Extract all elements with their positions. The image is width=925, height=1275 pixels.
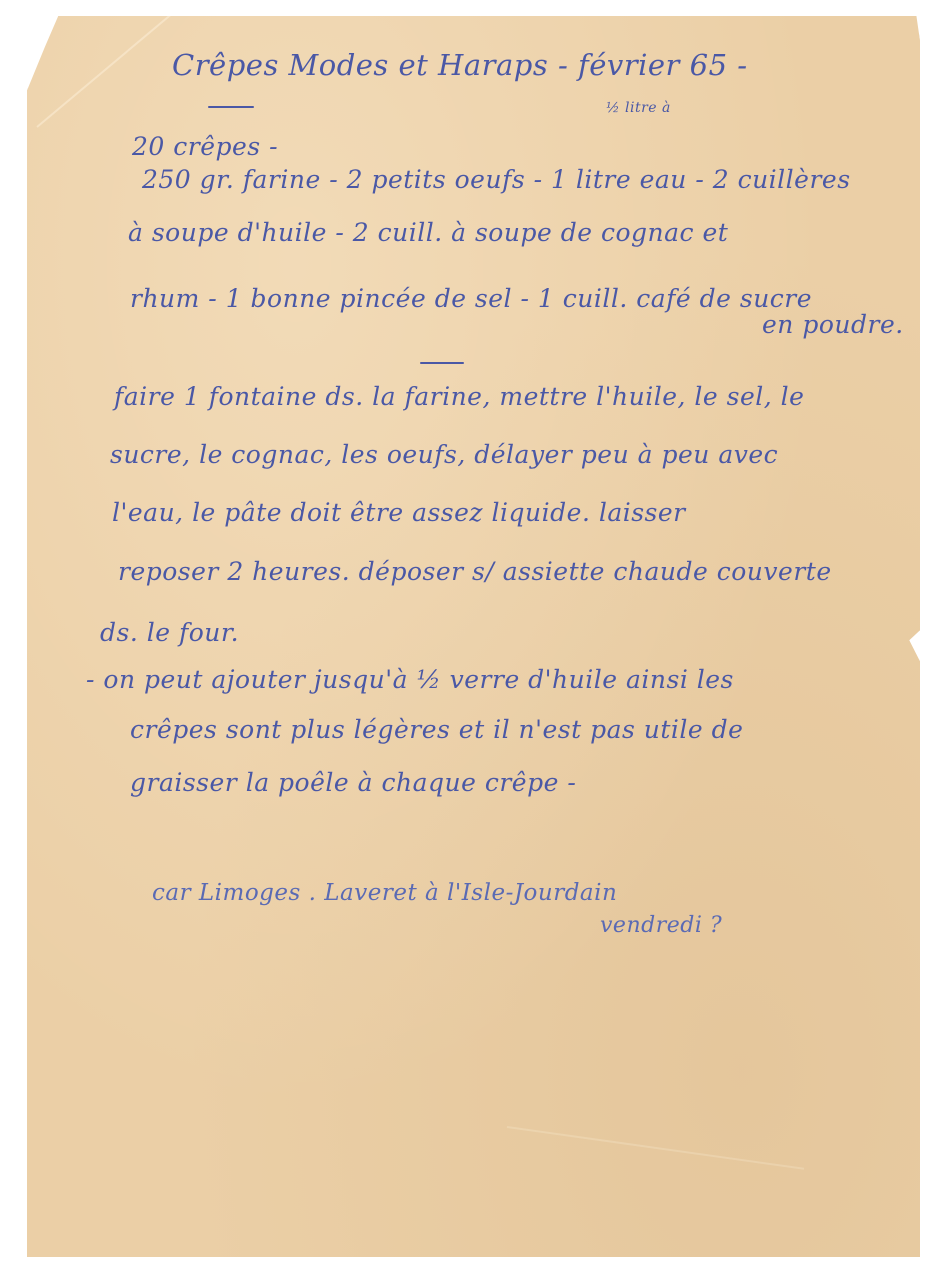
ingredients-line: à soupe d'huile - 2 cuill. à soupe de co…: [128, 218, 728, 247]
section-divider: [420, 362, 464, 364]
title-underline: [208, 106, 254, 108]
method-line: ds. le four.: [100, 618, 239, 647]
ingredients-line: rhum - 1 bonne pincée de sel - 1 cuill. …: [130, 284, 812, 313]
paper-crease: [36, 11, 175, 128]
note-line: graisser la poêle à chaque crêpe -: [130, 768, 576, 797]
recipe-title: Crêpes Modes et Haraps - février 65 -: [172, 48, 748, 82]
note-line: crêpes sont plus légères et il n'est pas…: [130, 715, 743, 744]
note-line: - on peut ajouter jusqu'à ½ verre d'huil…: [86, 665, 734, 694]
ingredients-line: en poudre.: [762, 310, 904, 339]
ingredients-line: 250 gr. farine - 2 petits oeufs - 1 litr…: [142, 165, 851, 194]
servings-heading: 20 crêpes -: [132, 132, 278, 161]
footer-note-day: vendredi ?: [600, 913, 722, 938]
quantity-annotation: ½ litre à: [606, 100, 671, 116]
footer-note: car Limoges . Laveret à l'Isle-Jourdain: [152, 880, 617, 906]
method-line: reposer 2 heures. déposer s/ assiette ch…: [118, 557, 832, 586]
method-line: faire 1 fontaine ds. la farine, mettre l…: [114, 382, 804, 411]
method-line: sucre, le cognac, les oeufs, délayer peu…: [110, 440, 778, 469]
paper-crease: [507, 1126, 804, 1170]
method-line: l'eau, le pâte doit être assez liquide. …: [112, 498, 686, 527]
